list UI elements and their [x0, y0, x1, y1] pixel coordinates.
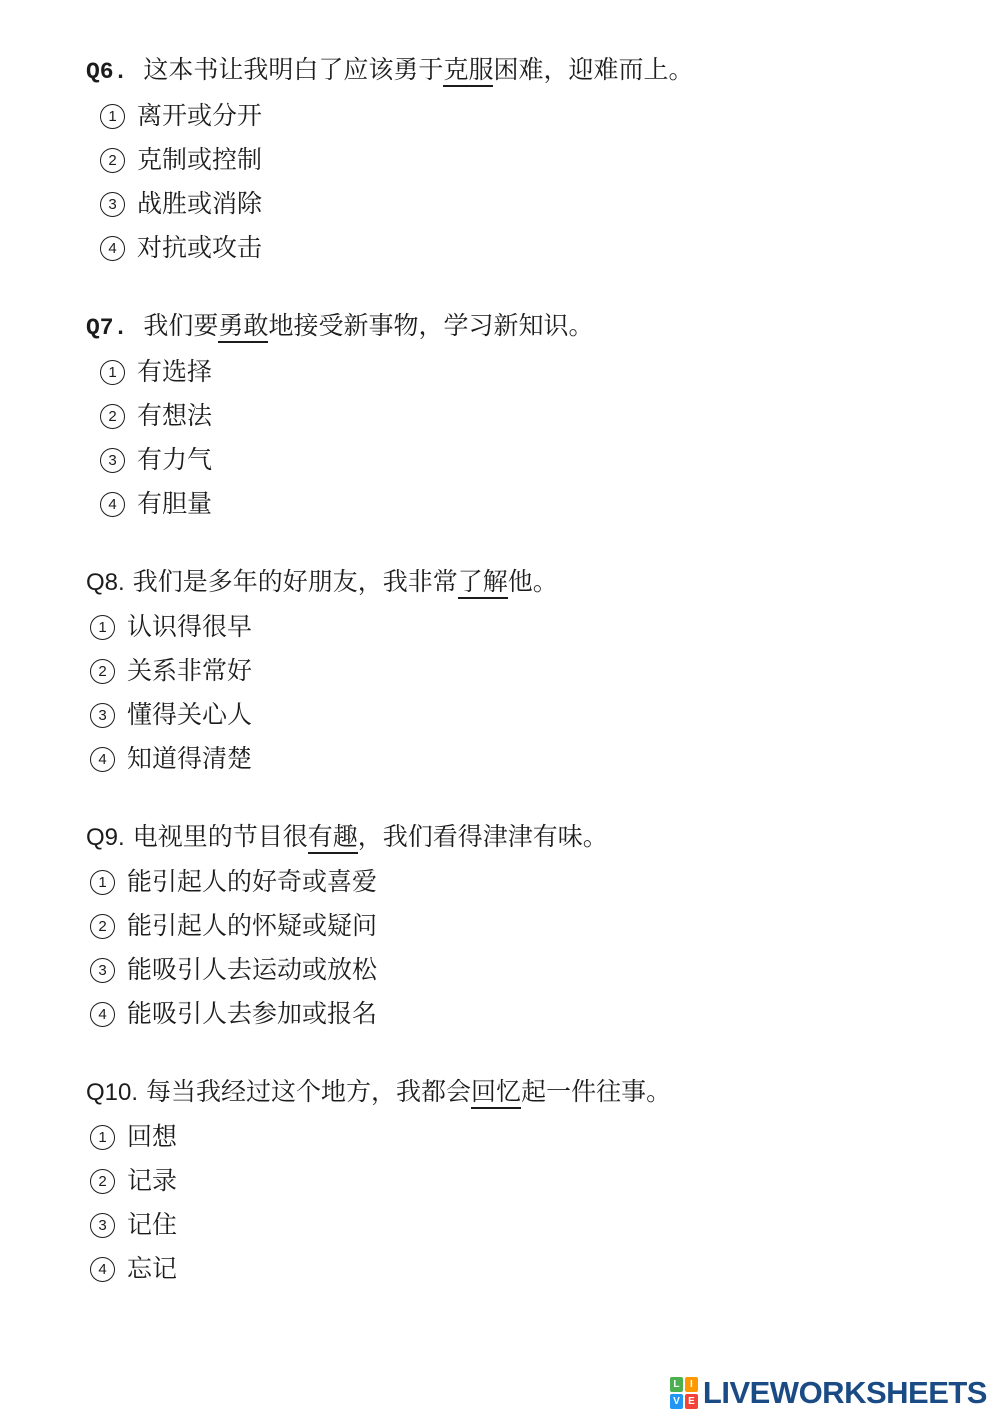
question-number: Q10. [86, 1077, 138, 1109]
answer-option[interactable]: 1 能引起人的好奇或喜爱 [90, 866, 950, 898]
question-block: Q8.我们是多年的好朋友，我非常了解他。 1 认识得很早 2 关系非常好 3 懂… [86, 566, 950, 775]
option-number-icon: 1 [90, 615, 115, 640]
logo-letter-square: I [685, 1377, 698, 1392]
option-text: 关系非常好 [127, 655, 252, 687]
option-text: 有选择 [137, 356, 212, 388]
answer-option[interactable]: 3 有力气 [100, 444, 950, 476]
answer-option[interactable]: 4 能吸引人去参加或报名 [90, 998, 950, 1030]
option-text: 对抗或攻击 [137, 232, 262, 264]
option-number-icon: 2 [90, 659, 115, 684]
answer-option[interactable]: 3 战胜或消除 [100, 188, 950, 220]
answer-option[interactable]: 2 记录 [90, 1165, 950, 1197]
answer-option[interactable]: 3 懂得关心人 [90, 699, 950, 731]
options-list: 1 离开或分开 2 克制或控制 3 战胜或消除 4 对抗或攻击 [86, 100, 950, 264]
question-block: Q9.电视里的节目很有趣，我们看得津津有味。 1 能引起人的好奇或喜爱 2 能引… [86, 821, 950, 1030]
question-text-suffix: 他。 [508, 567, 558, 596]
option-text: 有胆量 [137, 488, 212, 520]
option-number-icon: 2 [90, 914, 115, 939]
liveworksheets-logo-text: LIVEWORKSHEETS [703, 1375, 987, 1411]
option-text: 能吸引人去参加或报名 [127, 998, 377, 1030]
option-text: 能引起人的好奇或喜爱 [127, 866, 377, 898]
answer-option[interactable]: 4 对抗或攻击 [100, 232, 950, 264]
answer-option[interactable]: 1 离开或分开 [100, 100, 950, 132]
question-underlined-word: 有趣 [308, 822, 358, 854]
option-number-icon: 2 [90, 1169, 115, 1194]
option-number-icon: 3 [100, 448, 125, 473]
answer-option[interactable]: 2 能引起人的怀疑或疑问 [90, 910, 950, 942]
questions-list: Q6.这本书让我明白了应该勇于克服困难，迎难而上。 1 离开或分开 2 克制或控… [0, 0, 1000, 1285]
option-number-icon: 4 [90, 1257, 115, 1282]
question-block: Q7.我们要勇敢地接受新事物，学习新知识。 1 有选择 2 有想法 3 有力气 … [86, 310, 950, 520]
question-text-prefix: 这本书让我明白了应该勇于 [143, 55, 443, 84]
option-number-icon: 2 [100, 404, 125, 429]
answer-option[interactable]: 1 认识得很早 [90, 611, 950, 643]
option-number-icon: 1 [100, 360, 125, 385]
question-line: Q7.我们要勇敢地接受新事物，学习新知识。 [86, 310, 950, 344]
option-text: 记住 [127, 1209, 177, 1241]
question-text-prefix: 我们是多年的好朋友，我非常 [133, 567, 458, 596]
answer-option[interactable]: 4 有胆量 [100, 488, 950, 520]
question-text-prefix: 电视里的节目很 [133, 822, 308, 851]
options-list: 1 有选择 2 有想法 3 有力气 4 有胆量 [86, 356, 950, 520]
option-text: 能吸引人去运动或放松 [127, 954, 377, 986]
liveworksheets-logo-icon: L I V E [670, 1377, 698, 1409]
option-text: 记录 [127, 1165, 177, 1197]
option-text: 懂得关心人 [127, 699, 252, 731]
option-text: 有力气 [137, 444, 212, 476]
option-text: 回想 [127, 1121, 177, 1153]
logo-letter-square: E [685, 1394, 698, 1409]
answer-option[interactable]: 2 有想法 [100, 400, 950, 432]
question-number: Q9. [86, 822, 125, 854]
option-number-icon: 3 [90, 958, 115, 983]
answer-option[interactable]: 1 有选择 [100, 356, 950, 388]
option-number-icon: 4 [90, 747, 115, 772]
option-number-icon: 3 [100, 192, 125, 217]
option-text: 认识得很早 [127, 611, 252, 643]
answer-option[interactable]: 3 记住 [90, 1209, 950, 1241]
answer-option[interactable]: 3 能吸引人去运动或放松 [90, 954, 950, 986]
question-number: Q8. [86, 567, 125, 599]
logo-letter-square: L [670, 1377, 683, 1392]
option-number-icon: 2 [100, 148, 125, 173]
question-block: Q6.这本书让我明白了应该勇于克服困难，迎难而上。 1 离开或分开 2 克制或控… [86, 54, 950, 264]
option-text: 有想法 [137, 400, 212, 432]
liveworksheets-logo[interactable]: L I V E LIVEWORKSHEETS [670, 1375, 987, 1411]
question-underlined-word: 克服 [443, 55, 493, 87]
options-list: 1 能引起人的好奇或喜爱 2 能引起人的怀疑或疑问 3 能吸引人去运动或放松 4… [86, 866, 950, 1030]
option-text: 忘记 [127, 1253, 177, 1285]
question-underlined-word: 回忆 [471, 1077, 521, 1109]
option-number-icon: 3 [90, 703, 115, 728]
option-number-icon: 3 [90, 1213, 115, 1238]
question-text-suffix: 困难，迎难而上。 [493, 55, 693, 84]
question-underlined-word: 勇敢 [218, 311, 268, 343]
question-number: Q7. [86, 312, 127, 344]
option-number-icon: 1 [90, 1125, 115, 1150]
option-text: 知道得清楚 [127, 743, 252, 775]
answer-option[interactable]: 1 回想 [90, 1121, 950, 1153]
option-text: 克制或控制 [137, 144, 262, 176]
option-text: 离开或分开 [137, 100, 262, 132]
question-line: Q6.这本书让我明白了应该勇于克服困难，迎难而上。 [86, 54, 950, 88]
option-text: 战胜或消除 [137, 188, 262, 220]
answer-option[interactable]: 2 克制或控制 [100, 144, 950, 176]
question-number: Q6. [86, 56, 127, 88]
question-text-suffix: ，我们看得津津有味。 [358, 822, 608, 851]
option-number-icon: 4 [100, 492, 125, 517]
option-number-icon: 4 [100, 236, 125, 261]
question-line: Q10.每当我经过这个地方，我都会回忆起一件往事。 [86, 1076, 950, 1109]
logo-letter-square: V [670, 1394, 683, 1409]
question-block: Q10.每当我经过这个地方，我都会回忆起一件往事。 1 回想 2 记录 3 记住… [86, 1076, 950, 1285]
question-text-prefix: 我们要 [143, 311, 218, 340]
option-number-icon: 1 [100, 104, 125, 129]
question-line: Q8.我们是多年的好朋友，我非常了解他。 [86, 566, 950, 599]
question-text-prefix: 每当我经过这个地方，我都会 [146, 1077, 471, 1106]
question-text-suffix: 起一件往事。 [521, 1077, 671, 1106]
options-list: 1 认识得很早 2 关系非常好 3 懂得关心人 4 知道得清楚 [86, 611, 950, 775]
answer-option[interactable]: 4 忘记 [90, 1253, 950, 1285]
options-list: 1 回想 2 记录 3 记住 4 忘记 [86, 1121, 950, 1285]
option-text: 能引起人的怀疑或疑问 [127, 910, 377, 942]
option-number-icon: 4 [90, 1002, 115, 1027]
question-underlined-word: 了解 [458, 567, 508, 599]
option-number-icon: 1 [90, 870, 115, 895]
answer-option[interactable]: 2 关系非常好 [90, 655, 950, 687]
worksheet-page: { "page": { "background": "#ffffff", "te… [0, 0, 1000, 1413]
question-text-suffix: 地接受新事物，学习新知识。 [268, 311, 593, 340]
question-line: Q9.电视里的节目很有趣，我们看得津津有味。 [86, 821, 950, 854]
answer-option[interactable]: 4 知道得清楚 [90, 743, 950, 775]
